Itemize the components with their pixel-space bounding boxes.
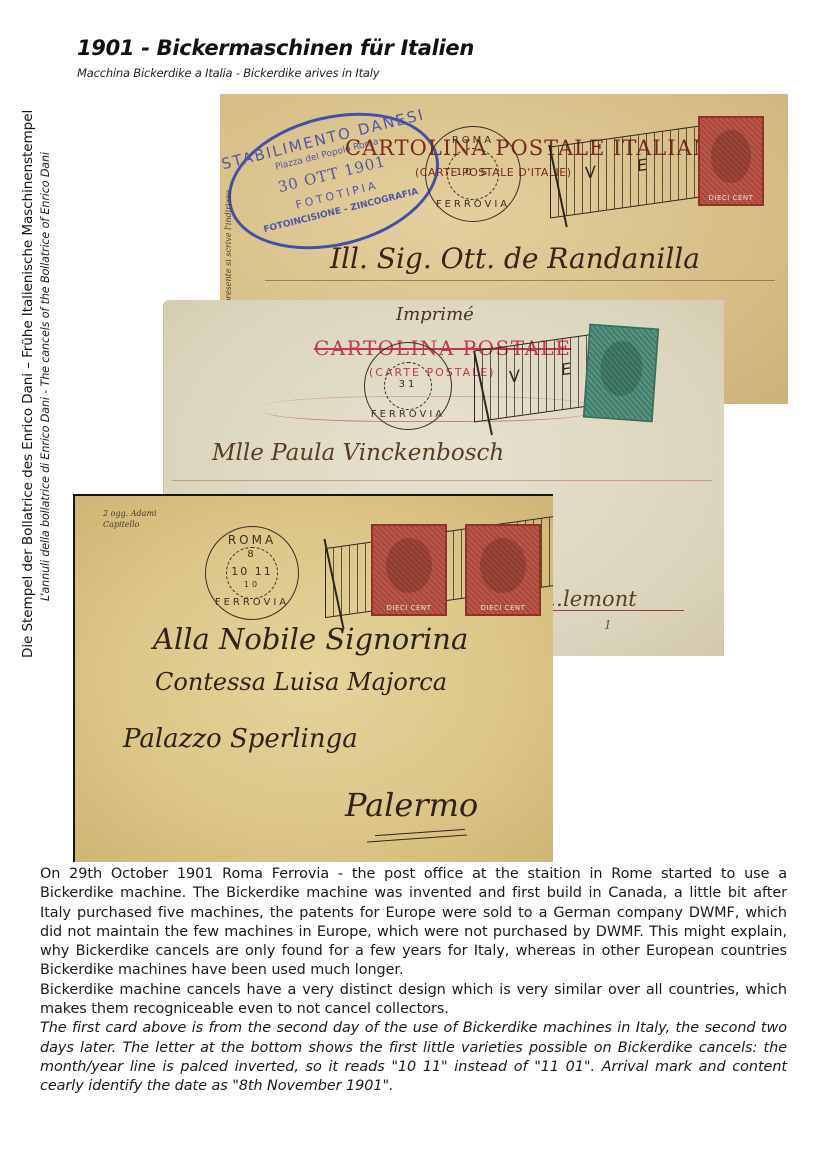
cancel-bottom-text: FERROVIA bbox=[426, 199, 520, 210]
page-subtitle: Macchina Bickerdike a Italia - Bickerdik… bbox=[77, 66, 379, 80]
address-line-3: Palazzo Sperlinga bbox=[123, 724, 358, 754]
address-line-2: Contessa Luisa Majorca bbox=[155, 668, 447, 696]
vertical-sidebar: Die Stempel der Bollatrice des Enrico Da… bbox=[18, 38, 68, 658]
description-text: On 29th October 1901 Roma Ferrovia - the… bbox=[40, 865, 787, 1097]
cancel-middle-text: 10 S bbox=[426, 167, 520, 178]
address-rule-red bbox=[544, 610, 684, 611]
paragraph-caption: The first card above is from the second … bbox=[40, 1019, 787, 1096]
page-title: 1901 - Bickermaschinen für Italien bbox=[77, 36, 474, 60]
address-rule bbox=[172, 480, 712, 481]
stamp-value: DIECI CENT bbox=[467, 604, 539, 612]
king-portrait bbox=[711, 130, 751, 183]
handwritten-imprime: Imprimé bbox=[396, 304, 474, 325]
address-rule bbox=[265, 280, 775, 281]
handwritten-address-2: …lemont bbox=[542, 587, 637, 611]
roma-ferrovia-cancel: 31 FERROVIA bbox=[364, 342, 452, 430]
stamp-value: DIECI CENT bbox=[373, 604, 445, 612]
address-line-4: Palermo bbox=[345, 786, 478, 824]
flag-letters: V E bbox=[551, 148, 699, 188]
cancel-top-text: ROMA bbox=[426, 135, 520, 146]
cancel-top-text: ROMA bbox=[206, 533, 298, 547]
cancel-bottom-text: FERROVIA bbox=[206, 597, 298, 608]
king-portrait bbox=[480, 538, 526, 593]
stamp-10-cent-right: DIECI CENT bbox=[465, 524, 541, 616]
underline-2 bbox=[367, 835, 467, 843]
paragraph-history: On 29th October 1901 Roma Ferrovia - the… bbox=[40, 865, 787, 981]
sidebar-title: Die Stempel der Bollatrice des Enrico Da… bbox=[18, 38, 38, 658]
cancel-middle-text: 31 bbox=[365, 379, 451, 390]
cancel-date-inverted: 10 11 bbox=[206, 565, 298, 578]
pencil-note: 2 ogg. Adami Capitello bbox=[103, 508, 163, 530]
roma-ferrovia-cancel: ROMA 10 S FERROVIA bbox=[425, 126, 521, 222]
stamp-10-cent-left: DIECI CENT bbox=[371, 524, 447, 616]
address-line-1: Alla Nobile Signorina bbox=[153, 622, 468, 656]
corner-mark: 1 bbox=[604, 618, 612, 632]
stamp-10-cent: DIECI CENT bbox=[698, 116, 764, 206]
stamp-value: DIECI CENT bbox=[700, 194, 762, 202]
envelope-image: 2 ogg. Adami Capitello ROMA 8 10 11 10 F… bbox=[73, 494, 553, 862]
cancel-bottom-text: FERROVIA bbox=[365, 409, 451, 420]
cancel-hour: 10 bbox=[206, 580, 298, 589]
cancel-day: 8 bbox=[206, 549, 298, 560]
sidebar-subtitle: L’annuli della bollatrice di Enrico Dani… bbox=[38, 38, 54, 658]
stamp-green bbox=[583, 324, 659, 423]
coat-of-arms bbox=[598, 339, 644, 398]
handwritten-address: Ill. Sig. Ott. de Randanilla bbox=[330, 242, 700, 275]
king-portrait bbox=[386, 538, 432, 593]
handwritten-address-1: Mlle Paula Vinckenbosch bbox=[212, 440, 504, 466]
paragraph-design: Bickerdike machine cancels have a very d… bbox=[40, 981, 787, 1020]
sidebar-rotated: Die Stempel der Bollatrice des Enrico Da… bbox=[18, 38, 54, 658]
side-print-text: presente si scrive l'indirizzo bbox=[224, 190, 233, 304]
roma-ferrovia-cancel: ROMA 8 10 11 10 FERROVIA bbox=[205, 526, 299, 620]
